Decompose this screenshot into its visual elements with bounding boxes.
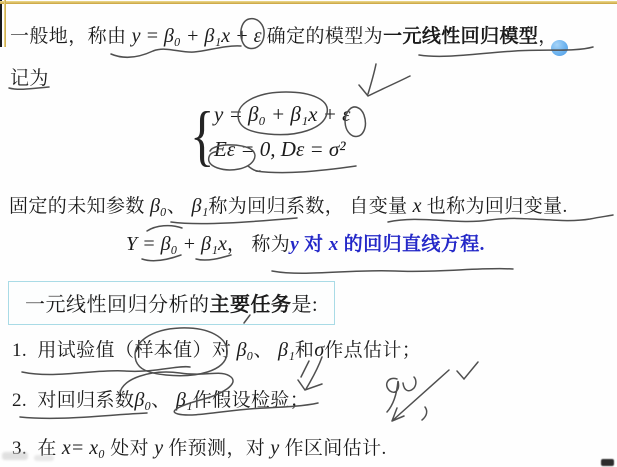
bottom-left-smudge: [2, 452, 28, 460]
model-name-bold: 一元线性回归模型: [383, 26, 538, 47]
y-symbol: y: [154, 437, 163, 459]
system-equation-1: y = β₀ + β₁x + ε: [214, 102, 350, 127]
text-segment: 1. 用试验值（样本值）对: [12, 340, 237, 361]
handwritten-check: [457, 362, 478, 379]
handwritten-slash-arrow: [392, 370, 449, 421]
text-segment: 一元线性回归分析的: [25, 294, 210, 316]
blue-y-symbol: y: [290, 234, 299, 255]
text-segment: 确定的模型为: [262, 26, 384, 47]
beta1-symbol: β₁: [176, 389, 193, 411]
text-segment: 、: [253, 340, 278, 361]
main-tasks-bold: 主要任务: [210, 294, 292, 316]
system-equation-2: Eε = 0, Dε = σ²: [214, 137, 346, 162]
handwritten-q-glyph: [387, 378, 399, 412]
intro-line: 一般地，称由 y = β₀ + β₁x + ε 确定的模型为一元线性回归模型，: [10, 21, 558, 48]
beta0-symbol: β₀: [134, 389, 151, 411]
text-segment: ，: [538, 26, 557, 47]
beta0-symbol: β₀: [237, 339, 254, 361]
beta1-symbol: β₁: [278, 339, 295, 361]
text-segment: 一般地，称由: [10, 26, 132, 47]
denote-as-label: 记为: [10, 63, 49, 90]
underline-item2: [20, 413, 147, 418]
slash-under-sigma: [301, 361, 309, 377]
regression-line-equation: Y = β₀ + β₁x， 称为y 对 x 的回归直线方程.: [126, 229, 485, 256]
task-item-2: 2. 对回归系数β₀、 β₁作假设检验；: [12, 385, 309, 412]
y-symbol: y: [270, 437, 279, 459]
handwritten-u-glyph: [403, 377, 416, 391]
wavy-underline-item1: [22, 367, 190, 375]
bottom-right-mark: [601, 459, 614, 466]
task-item-1: 1. 用试验值（样本值）对 β₀、 β₁和σ作点估计；: [12, 335, 421, 362]
wavy-underline-blue-phrase: [272, 269, 513, 274]
parameters-paragraph: 固定的未知参数 β₀、 β₁称为回归系数， 自变量 x 也称为回归变量.: [9, 191, 568, 218]
main-tasks-box: 一元线性回归分析的主要任务是:: [8, 281, 335, 325]
blue-x-symbol: x: [329, 234, 339, 255]
x-symbol: x: [413, 195, 422, 217]
blue-text: 对: [299, 234, 329, 255]
text-segment: 处对: [105, 438, 154, 459]
lecture-slide: 一般地，称由 y = β₀ + β₁x + ε 确定的模型为一元线性回归模型， …: [0, 0, 617, 467]
sigma-symbol: σ: [314, 339, 324, 361]
beta1-symbol: β₁: [191, 195, 208, 217]
arrow-to-epsilon: [359, 64, 410, 96]
slide-top-border: [0, 1, 617, 4]
text-segment: 固定的未知参数: [9, 196, 150, 217]
underline-regression-coefficients: [171, 218, 297, 224]
bottom-left-smudge: [34, 455, 54, 461]
beta0-symbol: β₀: [150, 195, 167, 217]
text-segment: 和: [295, 340, 314, 361]
text-segment: 作预测，对: [163, 438, 270, 459]
slide-left-border: [4, 0, 6, 47]
text-segment: 2. 对回归系数: [12, 390, 134, 411]
left-edge-bar: [0, 0, 2, 47]
task-item-3: 3. 在 x= x₀ 处对 y 作预测，对 y 作区间估计.: [12, 433, 387, 460]
system-brace: {: [190, 96, 214, 175]
text-segment: 作假设检验；: [193, 390, 309, 411]
underline-variance: [256, 166, 356, 173]
handwritten-comma: [422, 407, 427, 420]
text-segment: 称为回归系数， 自变量: [208, 196, 412, 217]
text-segment: 作点估计；: [324, 340, 421, 361]
text-segment: 、: [151, 390, 176, 411]
text-segment: 、: [167, 196, 192, 217]
x0-symbol: x= x₀: [62, 437, 105, 459]
blue-regression-phrase: 的回归直线方程.: [339, 234, 485, 255]
text-segment: 作区间估计.: [279, 438, 386, 459]
text-segment: 也称为回归变量.: [422, 196, 568, 217]
text-segment: 是:: [292, 294, 319, 316]
Y-equation: Y = β₀ + β₁x: [126, 233, 227, 255]
text-segment: ， 称为: [227, 234, 290, 255]
inline-model-formula: y = β₀ + β₁x + ε: [132, 25, 262, 47]
